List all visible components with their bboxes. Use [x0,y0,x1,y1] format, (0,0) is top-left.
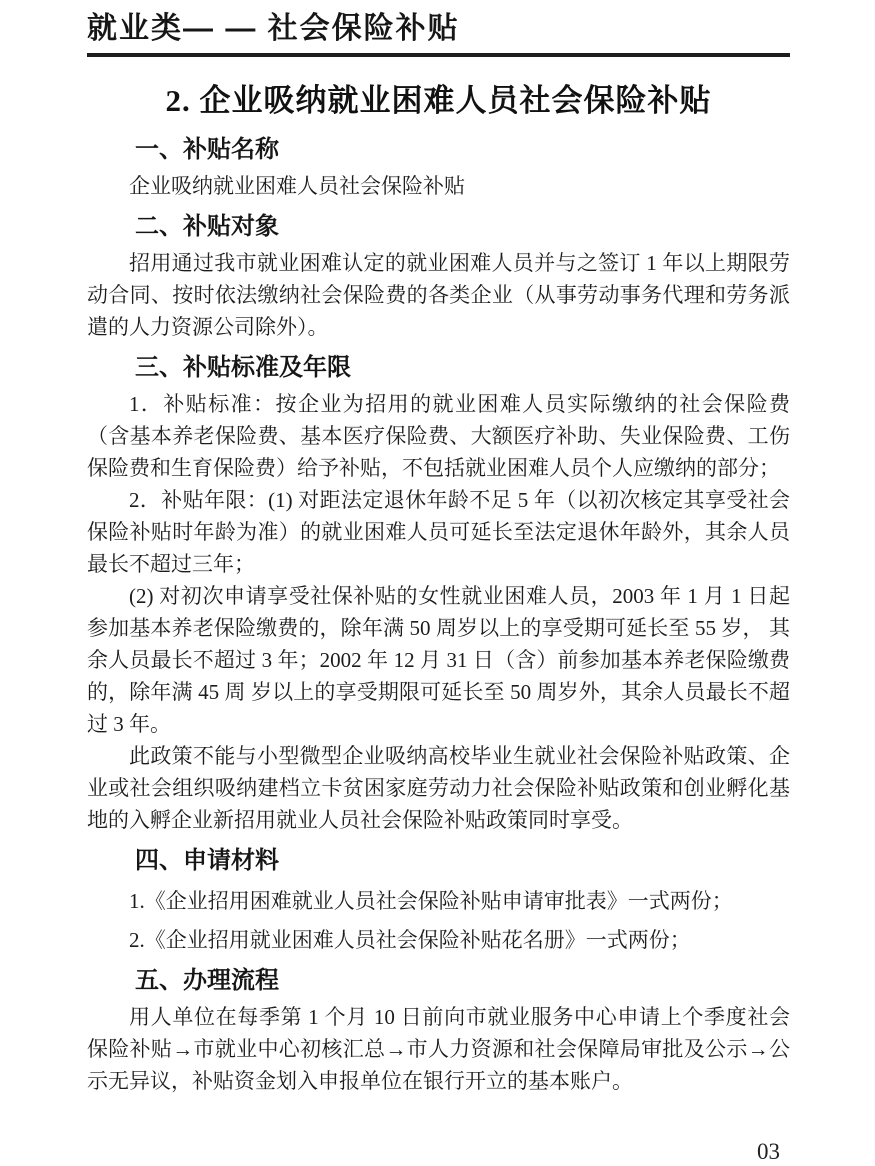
page-footer: 03 [87,1139,790,1165]
section-heading-subsidy-target: 二、补贴对象 [87,210,790,244]
paragraph-subsidy-name: 企业吸纳就业困难人员社会保险补贴 [87,170,790,202]
paragraph-subsidy-target: 招用通过我市就业困难认定的就业困难人员并与之签订 1 年以上期限劳动合同、按时依… [87,247,790,343]
page-header: 就业类— — 社会保险补贴 [87,12,790,57]
paragraph-standard-1: 1．补贴标准：按企业为招用的就业困难人员实际缴纳的社会保险费（含基本养老保险费、… [87,388,790,484]
page-title: 2. 企业吸纳就业困难人员社会保险补贴 [87,83,790,119]
paragraph-standard-3: (2) 对初次申请享受社保补贴的女性就业困难人员，2003 年 1 月 1 日起… [87,580,790,740]
header-category-label: 就业类— — 社会保险补贴 [87,12,790,46]
page-number: 03 [757,1139,780,1165]
section-heading-application-materials: 四、申请材料 [87,844,790,878]
section-heading-subsidy-standard: 三、补贴标准及年限 [87,351,790,385]
section-subsidy-standard: 三、补贴标准及年限 1．补贴标准：按企业为招用的就业困难人员实际缴纳的社会保险费… [87,351,790,836]
section-subsidy-target: 二、补贴对象 招用通过我市就业困难认定的就业困难人员并与之签订 1 年以上期限劳… [87,210,790,343]
section-heading-handling-process: 五、办理流程 [87,964,790,998]
section-subsidy-name: 一、补贴名称 企业吸纳就业困难人员社会保险补贴 [87,133,790,202]
document-page: 就业类— — 社会保险补贴 2. 企业吸纳就业困难人员社会保险补贴 一、补贴名称… [0,0,875,1166]
section-heading-subsidy-name: 一、补贴名称 [87,133,790,167]
section-application-materials: 四、申请材料 1.《企业招用困难就业人员社会保险补贴申请审批表》一式两份； 2.… [87,844,790,956]
paragraph-standard-4: 此政策不能与小型微型企业吸纳高校毕业生就业社会保险补贴政策、企业或社会组织吸纳建… [87,740,790,836]
paragraph-handling-process: 用人单位在每季第 1 个月 10 日前向市就业服务中心申请上个季度社会保险补贴→… [87,1001,790,1097]
section-handling-process: 五、办理流程 用人单位在每季第 1 个月 10 日前向市就业服务中心申请上个季度… [87,964,790,1097]
paragraph-material-2: 2.《企业招用就业困难人员社会保险补贴花名册》一式两份； [87,924,790,956]
paragraph-material-1: 1.《企业招用困难就业人员社会保险补贴申请审批表》一式两份； [87,885,790,917]
paragraph-standard-2: 2．补贴年限：(1) 对距法定退休年龄不足 5 年（以初次核定其享受社会保险补贴… [87,484,790,580]
